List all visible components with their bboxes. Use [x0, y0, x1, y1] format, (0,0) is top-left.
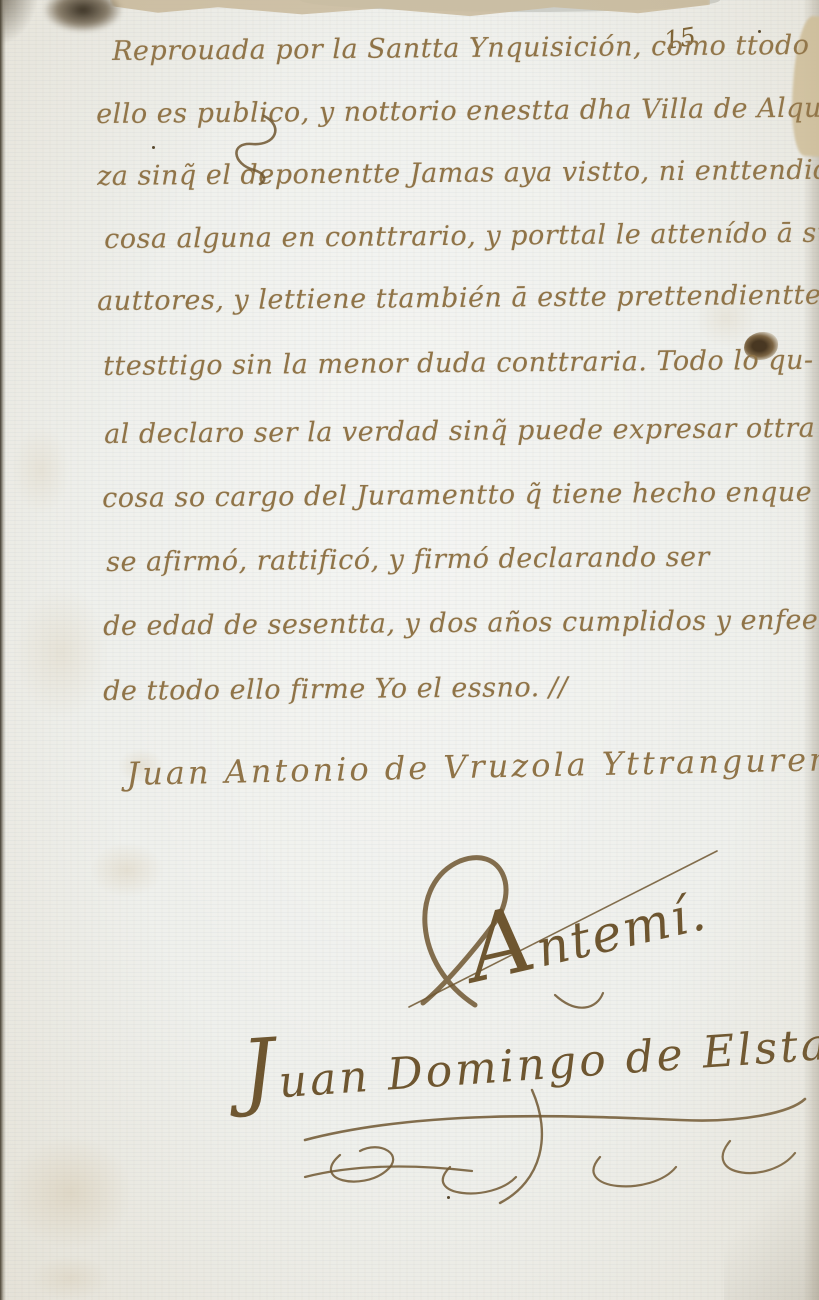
handwriting-line-9: se afirmó, rattificó, y firmó declarando…: [106, 542, 710, 578]
left-page-edge: [0, 0, 6, 1300]
handwriting-line-6: ttesttigo sin la menor duda conttraria. …: [103, 345, 814, 382]
handwriting-line-4: cosa alguna en conttrario, y porttal le …: [104, 217, 819, 254]
handwriting-line-10: de edad de sesentta, y dos años cumplido…: [103, 605, 818, 642]
witness-name-line: Juan Antonio de Vruzola Yttranguren: [126, 740, 819, 793]
ink-speck: [152, 146, 155, 149]
handwriting-line-2: ello es publico, y nottorio enestta dha …: [96, 93, 819, 130]
handwriting-line-7: al declaro ser la verdad sinq̃ puede exp…: [104, 413, 815, 450]
manuscript-page: 15 Reprouada por la Santta Ynquisición, …: [0, 0, 819, 1300]
paper-stain: [90, 842, 164, 898]
handwriting-line-3: za sinq̃ el deponentte Jamas aya vistto,…: [97, 154, 819, 192]
handwriting-line-11: de ttodo ello firme Yo el essno. //: [103, 672, 568, 707]
notary-signature-flourish: [300, 1085, 810, 1215]
paper-stain: [8, 1135, 133, 1250]
handwriting-line-1: Reprouada por la Santta Ynquisición, com…: [112, 30, 810, 67]
corner-damage-blob: [44, 0, 122, 32]
paper-stain: [12, 425, 70, 515]
handwriting-line-5: auttores, y lettiene ttambién ā estte pr…: [97, 279, 819, 317]
paper-stain: [14, 585, 109, 720]
paper-stain: [30, 1255, 110, 1300]
rubric-flourish: [224, 112, 280, 186]
torn-top-edge: [110, 0, 710, 18]
handwriting-line-8: cosa so cargo del Juramentto q̃ tiene he…: [102, 477, 812, 514]
